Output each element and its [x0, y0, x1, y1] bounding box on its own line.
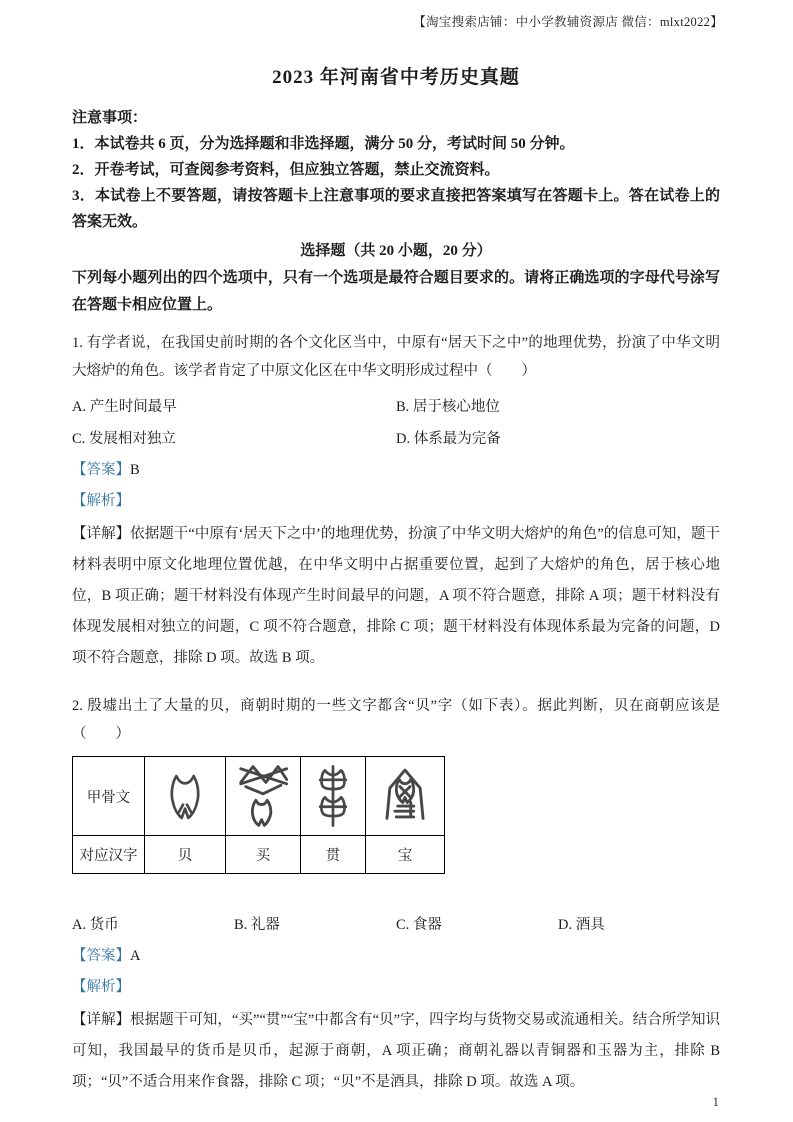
oracle-script-table: 甲骨文 [72, 756, 445, 874]
question-2-option-d: D. 酒具 [558, 916, 720, 934]
oracle-script-bei-icon [165, 768, 205, 824]
oracle-script-guan-icon [314, 765, 352, 827]
question-2-detail: 【详解】根据题干可知，“买”“贯”“宝”中都含有“贝”字，四字均与货物交易或流通… [72, 1005, 720, 1098]
question-2-options: A. 货币 B. 礼器 C. 食器 D. 酒具 [72, 916, 720, 934]
question-1-option-c: C. 发展相对独立 [72, 430, 396, 448]
character-cell-bao: 宝 [366, 836, 445, 874]
question-2-analysis-row: 【解析】 [72, 978, 720, 996]
question-2-answer-row: 【答案】A [72, 947, 720, 965]
row-label-characters: 对应汉字 [73, 836, 145, 874]
header-shop-note: 【淘宝搜索店铺：中小学教辅资源店 微信：mlxt2022】 [413, 12, 723, 30]
question-2-option-b: B. 礼器 [234, 916, 396, 934]
answer-value: B [130, 462, 140, 478]
oracle-glyph-cell-bei [145, 757, 226, 836]
character-cell-guan: 贯 [301, 836, 366, 874]
analysis-label: 【解析】 [72, 493, 130, 509]
question-1-option-a: A. 产生时间最早 [72, 398, 396, 416]
question-2-option-c: C. 食器 [396, 916, 558, 934]
table-row-oracle-glyphs: 甲骨文 [73, 757, 445, 836]
notice-item-3: 3．本试卷上不要答题，请按答题卡上注意事项的要求直接把答案填写在答题卡上。答在试… [72, 183, 720, 235]
question-2: 2. 殷墟出土了大量的贝，商朝时期的一些文字都含“贝”字（如下表）。据此判断，贝… [72, 692, 720, 1098]
page-number: 1 [713, 1094, 720, 1110]
notice-item-2: 2．开卷考试，可查阅参考资料，但应独立答题，禁止交流资料。 [72, 157, 720, 183]
question-2-stem: 2. 殷墟出土了大量的贝，商朝时期的一些文字都含“贝”字（如下表）。据此判断，贝… [72, 692, 720, 748]
oracle-glyph-cell-bao [366, 757, 445, 836]
oracle-glyph-cell-guan [301, 757, 366, 836]
notice-item-1: 1．本试卷共 6 页，分为选择题和非选择题，满分 50 分，考试时间 50 分钟… [72, 131, 720, 157]
table-row-characters: 对应汉字 贝 买 贯 宝 [73, 836, 445, 874]
page-title: 2023 年河南省中考历史真题 [72, 62, 720, 89]
analysis-label: 【解析】 [72, 979, 130, 995]
question-1-stem: 1. 有学者说，在我国史前时期的各个文化区当中，中原有“居天下之中”的地理优势，… [72, 329, 720, 385]
answer-label: 【答案】 [72, 462, 130, 478]
question-1-options: A. 产生时间最早 B. 居于核心地位 C. 发展相对独立 D. 体系最为完备 [72, 398, 720, 448]
section-instruction: 下列每小题列出的四个选项中，只有一个选项是最符合题目要求的。请将正确选项的字母代… [72, 265, 720, 319]
question-1: 1. 有学者说，在我国史前时期的各个文化区当中，中原有“居天下之中”的地理优势，… [72, 329, 720, 674]
question-1-analysis-row: 【解析】 [72, 492, 720, 510]
exam-document-page: { "colors": { "label_blue": "#2E73A5" },… [0, 0, 793, 1122]
oracle-glyph-cell-mai [226, 757, 301, 836]
oracle-script-mai-icon [237, 763, 289, 829]
answer-label: 【答案】 [72, 948, 130, 964]
character-cell-mai: 买 [226, 836, 301, 874]
oracle-script-bao-icon [381, 765, 429, 827]
answer-value: A [130, 948, 140, 964]
question-2-option-a: A. 货币 [72, 916, 234, 934]
notice-heading: 注意事项： [72, 105, 720, 131]
section-heading: 选择题（共 20 小题，20 分） [72, 239, 720, 263]
page-body: 2023 年河南省中考历史真题 注意事项： 1．本试卷共 6 页，分为选择题和非… [0, 62, 793, 1098]
question-1-option-d: D. 体系最为完备 [396, 430, 720, 448]
question-1-answer-row: 【答案】B [72, 461, 720, 479]
character-cell-bei: 贝 [145, 836, 226, 874]
row-label-oracle: 甲骨文 [73, 757, 145, 836]
question-1-option-b: B. 居于核心地位 [396, 398, 720, 416]
question-1-detail: 【详解】依据题干“中原有‘居天下之中’的地理优势，扮演了中华文明大熔炉的角色”的… [72, 519, 720, 674]
